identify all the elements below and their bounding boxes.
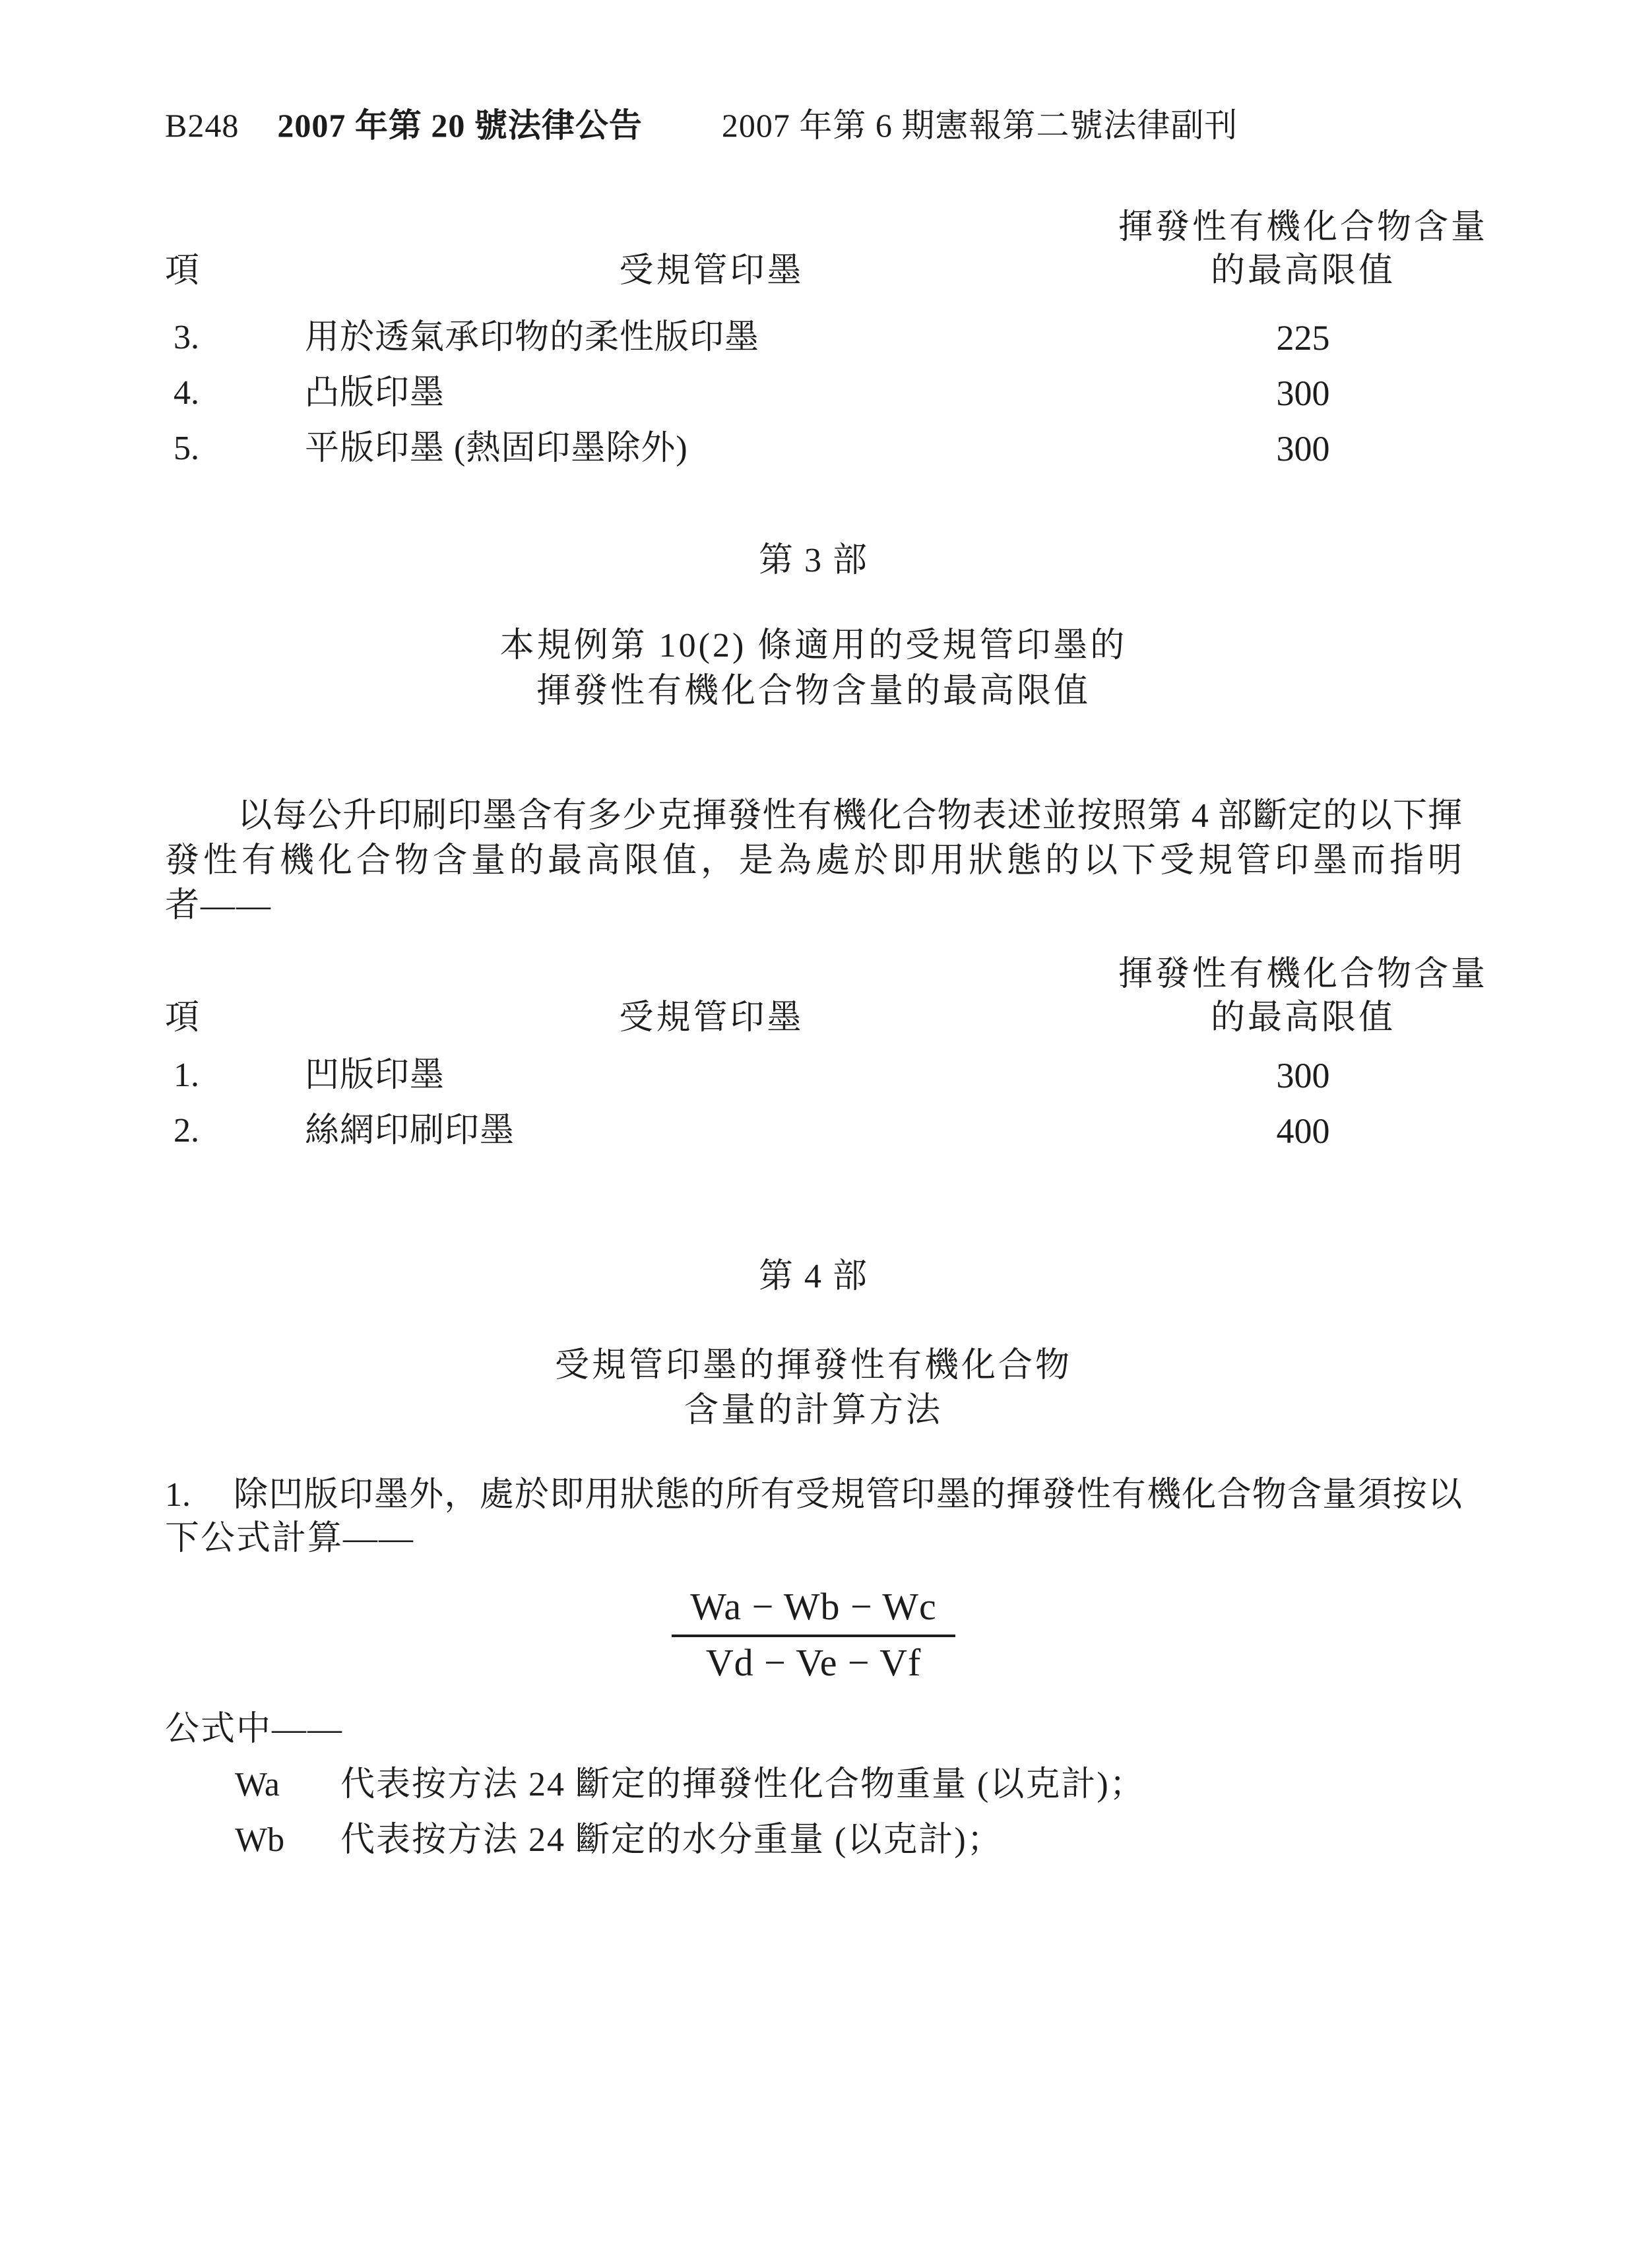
row-ink-name: 用於透氣承印物的柔性版印墨	[305, 310, 1118, 366]
formula-denominator: Vd − Ve − Vf	[706, 1641, 922, 1685]
column-header-limit: 揮發性有機化合物含量 的最高限值	[1118, 953, 1488, 1040]
legal-notice-title: 2007 年第 20 號法律公告	[277, 106, 643, 145]
definition-symbol: Wa	[235, 1763, 340, 1807]
row-number: 1.	[165, 1048, 305, 1103]
fraction-bar	[672, 1635, 955, 1637]
row-ink-name: 平版印墨 (熱固印墨除外)	[305, 421, 1118, 476]
table-header: 項 受規管印墨 揮發性有機化合物含量 的最高限值	[165, 953, 1488, 1040]
page-header: B248 2007 年第 20 號法律公告 2007 年第 6 期憲報第二號法律…	[165, 106, 1488, 145]
table-body: 1. 凹版印墨 300 2. 絲網印刷印墨 400	[165, 1048, 1488, 1159]
row-ink-name: 絲網印刷印墨	[305, 1103, 1118, 1159]
column-header-item: 項	[165, 249, 305, 293]
part4-item1: 1. 除凹版印墨外，處於即用狀態的所有受規管印墨的揮發性有機化合物含量須按以 下…	[165, 1474, 1462, 1561]
part3-title-line1: 本規例第 10(2) 條適用的受規管印墨的	[0, 623, 1627, 668]
page-number: B248	[165, 106, 239, 145]
part3-paragraph-line1: 以每公升印刷印墨含有多少克揮發性有機化合物表述並按照第 4 部斷定的以下揮	[165, 794, 1462, 839]
definition-text: 代表按方法 24 斷定的水分重量 (以克計)；	[340, 1818, 1462, 1863]
part3-paragraph-line2: 發性有機化合物含量的最高限值，是為處於即用狀態的以下受規管印墨而指明	[165, 839, 1462, 884]
table-header: 項 受規管印墨 揮發性有機化合物含量 的最高限值	[165, 206, 1488, 293]
part3-heading: 第 3 部	[0, 538, 1627, 583]
definition-row: Wa 代表按方法 24 斷定的揮發性化合物重量 (以克計)；	[165, 1763, 1462, 1807]
table-body: 3. 用於透氣承印物的柔性版印墨 225 4. 凸版印墨 300 5. 平版印墨…	[165, 310, 1488, 476]
row-number: 2.	[165, 1103, 305, 1159]
column-header-limit-line2: 的最高限值	[1118, 996, 1488, 1040]
part3-title: 本規例第 10(2) 條適用的受規管印墨的 揮發性有機化合物含量的最高限值	[0, 623, 1627, 714]
part3-paragraph-line3: 者——	[165, 884, 1462, 928]
column-header-limit-line1: 揮發性有機化合物含量	[1118, 206, 1488, 249]
gazette-issue-title: 2007 年第 6 期憲報第二號法律副刊	[722, 106, 1238, 145]
part4-item1-number: 1.	[165, 1474, 191, 1517]
table-row: 4. 凸版印墨 300	[165, 366, 1488, 421]
formula-definitions: Wa 代表按方法 24 斷定的揮發性化合物重量 (以克計)； Wb 代表按方法 …	[165, 1763, 1462, 1863]
row-number: 4.	[165, 366, 305, 421]
part4-item1-line1: 除凹版印墨外，處於即用狀態的所有受規管印墨的揮發性有機化合物含量須按以	[165, 1474, 1462, 1517]
column-header-limit-line1: 揮發性有機化合物含量	[1118, 953, 1488, 996]
part3-title-line2: 揮發性有機化合物含量的最高限值	[0, 668, 1627, 714]
table-row: 5. 平版印墨 (熱固印墨除外) 300	[165, 421, 1488, 476]
row-limit-value: 300	[1118, 421, 1488, 476]
part3-paragraph: 以每公升印刷印墨含有多少克揮發性有機化合物表述並按照第 4 部斷定的以下揮 發性…	[165, 794, 1462, 928]
table-row: 1. 凹版印墨 300	[165, 1048, 1488, 1103]
definition-row: Wb 代表按方法 24 斷定的水分重量 (以克計)；	[165, 1818, 1462, 1863]
row-number: 3.	[165, 310, 305, 366]
definition-text: 代表按方法 24 斷定的揮發性化合物重量 (以克計)；	[340, 1763, 1462, 1807]
part4-heading: 第 4 部	[0, 1254, 1627, 1299]
row-limit-value: 400	[1118, 1103, 1488, 1159]
column-header-limit: 揮發性有機化合物含量 的最高限值	[1118, 206, 1488, 293]
voc-formula: Wa − Wb − Wc Vd − Ve − Vf	[0, 1584, 1627, 1685]
row-ink-name: 凹版印墨	[305, 1048, 1118, 1103]
formula-intro: 公式中——	[165, 1707, 1462, 1752]
row-limit-value: 300	[1118, 366, 1488, 421]
table-row: 2. 絲網印刷印墨 400	[165, 1103, 1488, 1159]
column-header-ink: 受規管印墨	[305, 249, 1118, 293]
column-header-limit-line2: 的最高限值	[1118, 249, 1488, 293]
part4-item1-line2: 下公式計算——	[165, 1517, 1462, 1561]
part4-title: 受規管印墨的揮發性有機化合物 含量的計算方法	[0, 1344, 1627, 1433]
row-limit-value: 300	[1118, 1048, 1488, 1103]
table-row: 3. 用於透氣承印物的柔性版印墨 225	[165, 310, 1488, 366]
row-ink-name: 凸版印墨	[305, 366, 1118, 421]
part4-title-line1: 受規管印墨的揮發性有機化合物	[0, 1344, 1627, 1388]
voc-limit-table-part3: 項 受規管印墨 揮發性有機化合物含量 的最高限值 1. 凹版印墨 300 2. …	[165, 953, 1488, 1159]
part4-title-line2: 含量的計算方法	[0, 1388, 1627, 1433]
row-limit-value: 225	[1118, 310, 1488, 366]
column-header-ink: 受規管印墨	[305, 996, 1118, 1040]
gazette-page: B248 2007 年第 20 號法律公告 2007 年第 6 期憲報第二號法律…	[0, 0, 1627, 2268]
voc-limit-table-part2: 項 受規管印墨 揮發性有機化合物含量 的最高限值 3. 用於透氣承印物的柔性版印…	[165, 206, 1488, 476]
formula-numerator: Wa − Wb − Wc	[690, 1584, 936, 1630]
column-header-item: 項	[165, 996, 305, 1040]
definition-symbol: Wb	[235, 1818, 340, 1863]
row-number: 5.	[165, 421, 305, 476]
